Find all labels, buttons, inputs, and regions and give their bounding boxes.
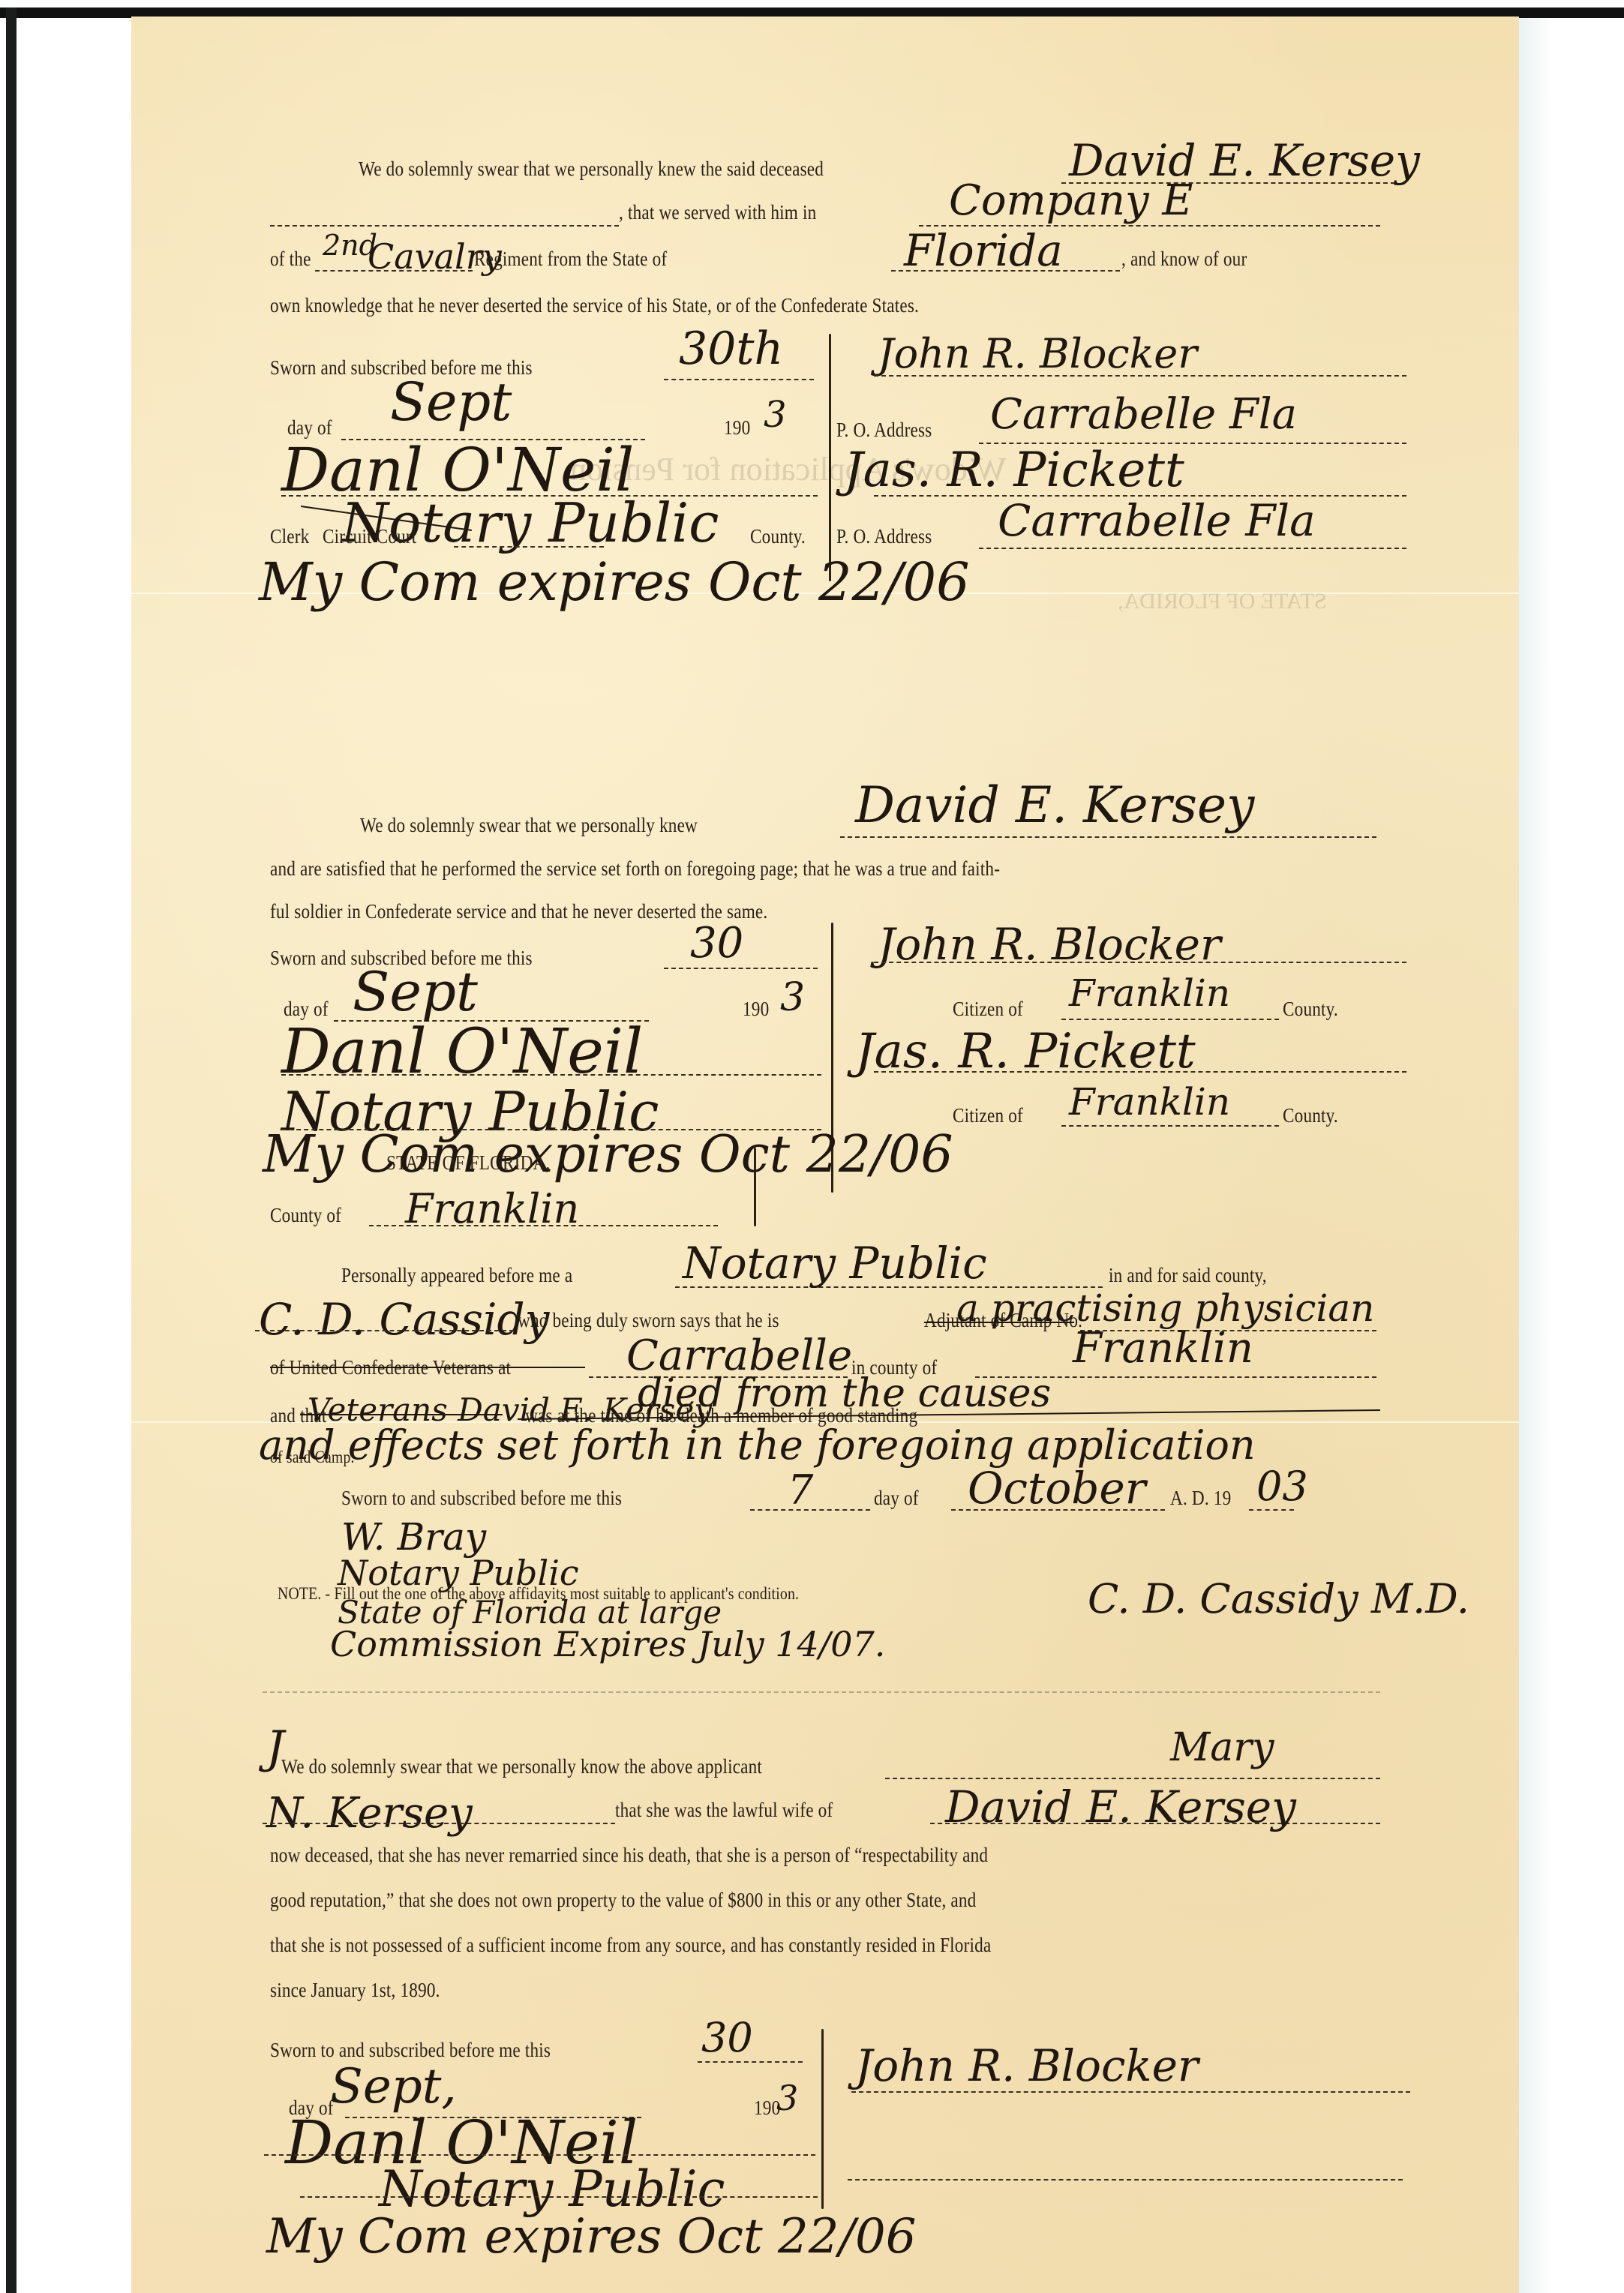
- printed-text: Clerk: [270, 525, 309, 548]
- printed-text: Sworn to and subscribed before me this: [341, 1487, 622, 1510]
- state-heading: STATE OF FLORIDA,: [386, 1151, 550, 1175]
- printed-text: 190: [724, 416, 750, 440]
- handwritten-witness2-signature: Jas. R. Pickett: [844, 443, 1184, 498]
- bleed-through-state: STATE OF FLORIDA,: [1118, 589, 1326, 614]
- printed-text: Regiment from the State of: [474, 248, 667, 271]
- fill-line: [1061, 1019, 1279, 1020]
- fill-line: [840, 836, 1376, 838]
- printed-text: who being duly sworn says that he is: [518, 1309, 779, 1332]
- handwritten-applicant-rest: N. Kersey: [266, 1789, 473, 1838]
- printed-text: and are satisfied that he performed the …: [270, 857, 1000, 881]
- separator-line: [263, 1691, 1380, 1693]
- fill-line: [885, 1778, 1380, 1779]
- handwritten-month: Sept: [390, 371, 512, 433]
- printed-text: P. O. Address: [836, 419, 932, 442]
- handwritten-year-digit: 3: [764, 394, 787, 436]
- printed-text: in and for said county,: [1109, 1264, 1267, 1287]
- printed-text: Citizen of: [953, 998, 1023, 1021]
- handwritten-witness2-address: Carrabelle Fla: [998, 495, 1316, 546]
- handwritten-day: 30: [690, 919, 743, 968]
- fill-line: [454, 546, 604, 548]
- handwritten-county: Franklin: [405, 1185, 579, 1232]
- handwritten-officer-signature: Danl O'Neil: [281, 1016, 643, 1088]
- handwritten-witness1-address: Carrabelle Fla: [990, 390, 1297, 439]
- printed-text: of said Camp.: [270, 1448, 355, 1467]
- handwritten-commission-note: My Com expires Oct 22/06: [266, 2209, 916, 2264]
- fill-line: [1249, 1509, 1294, 1511]
- printed-text: that she was the lawful wife of: [615, 1799, 833, 1822]
- handwritten-affiant-name: C. D. Cassidy: [259, 1294, 549, 1345]
- strikethrough: [270, 1367, 585, 1368]
- bracket: [829, 334, 831, 581]
- printed-text: County.: [1283, 998, 1338, 1021]
- printed-text: own knowledge that he never deserted the…: [270, 294, 919, 317]
- fill-line: [300, 2196, 818, 2198]
- fill-line: [664, 968, 818, 969]
- fill-line: [874, 375, 1406, 377]
- fill-line: [263, 1823, 615, 1824]
- handwritten-year-digit: 3: [780, 975, 805, 1020]
- printed-text: P. O. Address: [836, 525, 932, 548]
- handwritten-husband-name: David E. Kersey: [945, 1781, 1296, 1832]
- printed-text: , that we served with him in: [619, 201, 816, 224]
- printed-text: County.: [1283, 1104, 1338, 1127]
- handwritten-year-digit: 3: [776, 2078, 798, 2118]
- handwritten-officer: Notary Public: [683, 1238, 987, 1289]
- bracket: [754, 1148, 756, 1226]
- fill-line: [664, 379, 814, 380]
- printed-text: We do solemnly swear that we personally …: [359, 158, 824, 181]
- fill-line: [1061, 1125, 1279, 1127]
- struck-printed-text: Circuit Court: [323, 525, 416, 548]
- handwritten-witness1-county: Franklin: [1069, 971, 1230, 1015]
- handwritten-physician-signature: C. D. Cassidy M.D.: [1088, 1575, 1469, 1622]
- fill-line: [281, 1074, 821, 1076]
- handwritten-year: 03: [1256, 1463, 1308, 1510]
- handwritten-company: Company E: [949, 176, 1193, 225]
- printed-text: 190: [743, 998, 769, 1021]
- scanner-frame-left: [6, 8, 17, 2293]
- handwritten-applicant-first: Mary: [1170, 1725, 1274, 1770]
- handwritten-notary-commission: Commission Expires July 14/07.: [330, 1624, 885, 1664]
- handwritten-month: Sept,: [330, 2059, 457, 2114]
- handwritten-commission-note: My Com expires Oct 22/06: [263, 1125, 953, 1184]
- handwritten-state: Florida: [904, 225, 1063, 276]
- printed-text: that she is not possessed of a sufficien…: [270, 1934, 991, 1957]
- printed-text: now deceased, that she has never remarri…: [270, 1844, 988, 1867]
- handwritten-camp-county: Franklin: [1073, 1324, 1253, 1373]
- fill-line: [851, 2091, 1410, 2093]
- scan-background: [17, 18, 131, 2293]
- printed-text: We do solemnly swear that we personally …: [281, 1755, 762, 1778]
- printed-text: good reputation,” that she does not own …: [270, 1889, 976, 1912]
- handwritten-inserted-causes: and effects set forth in the foregoing a…: [259, 1421, 1256, 1469]
- fill-line: [874, 1071, 1406, 1073]
- printed-text: day of: [874, 1487, 919, 1510]
- fill-line: [270, 225, 619, 227]
- fill-line: [874, 962, 1406, 963]
- handwritten-day: 7: [788, 1466, 813, 1514]
- fill-line: [264, 2154, 815, 2156]
- handwritten-day: 30: [701, 2014, 753, 2061]
- handwritten-witness1-signature: John R. Blocker: [878, 330, 1197, 377]
- handwritten-witness1-signature: John R. Blocker: [855, 2040, 1199, 2091]
- printed-text: Citizen of: [953, 1104, 1023, 1127]
- strikethrough: [300, 1414, 503, 1415]
- fill-line: [848, 2179, 1403, 2180]
- fill-line: [979, 548, 1406, 549]
- handwritten-commission-note: My Com expires Oct 22/06: [259, 551, 970, 613]
- printed-text: A. D. 19: [1170, 1487, 1231, 1510]
- handwritten-soldier-name: David E. Kersey: [855, 776, 1254, 834]
- handwritten-month: Sept: [353, 960, 478, 1023]
- paper-edge: [1519, 18, 1553, 2293]
- fill-line: [255, 1330, 514, 1331]
- printed-text: , and know of our: [1121, 248, 1247, 271]
- printed-text: Personally appeared before me a: [341, 1264, 572, 1287]
- printed-text: since January 1st, 1890.: [270, 1979, 440, 2002]
- bracket: [821, 2029, 824, 2209]
- handwritten-month: October: [968, 1463, 1145, 1514]
- fill-line: [698, 2061, 803, 2063]
- handwritten-day: 30th: [679, 323, 783, 375]
- printed-text: We do solemnly swear that we personally …: [360, 814, 698, 837]
- printed-text: County of: [270, 1204, 341, 1227]
- printed-text: County.: [750, 525, 806, 548]
- printed-text: of the: [270, 248, 311, 271]
- handwritten-witness2-county: Franklin: [1069, 1080, 1230, 1124]
